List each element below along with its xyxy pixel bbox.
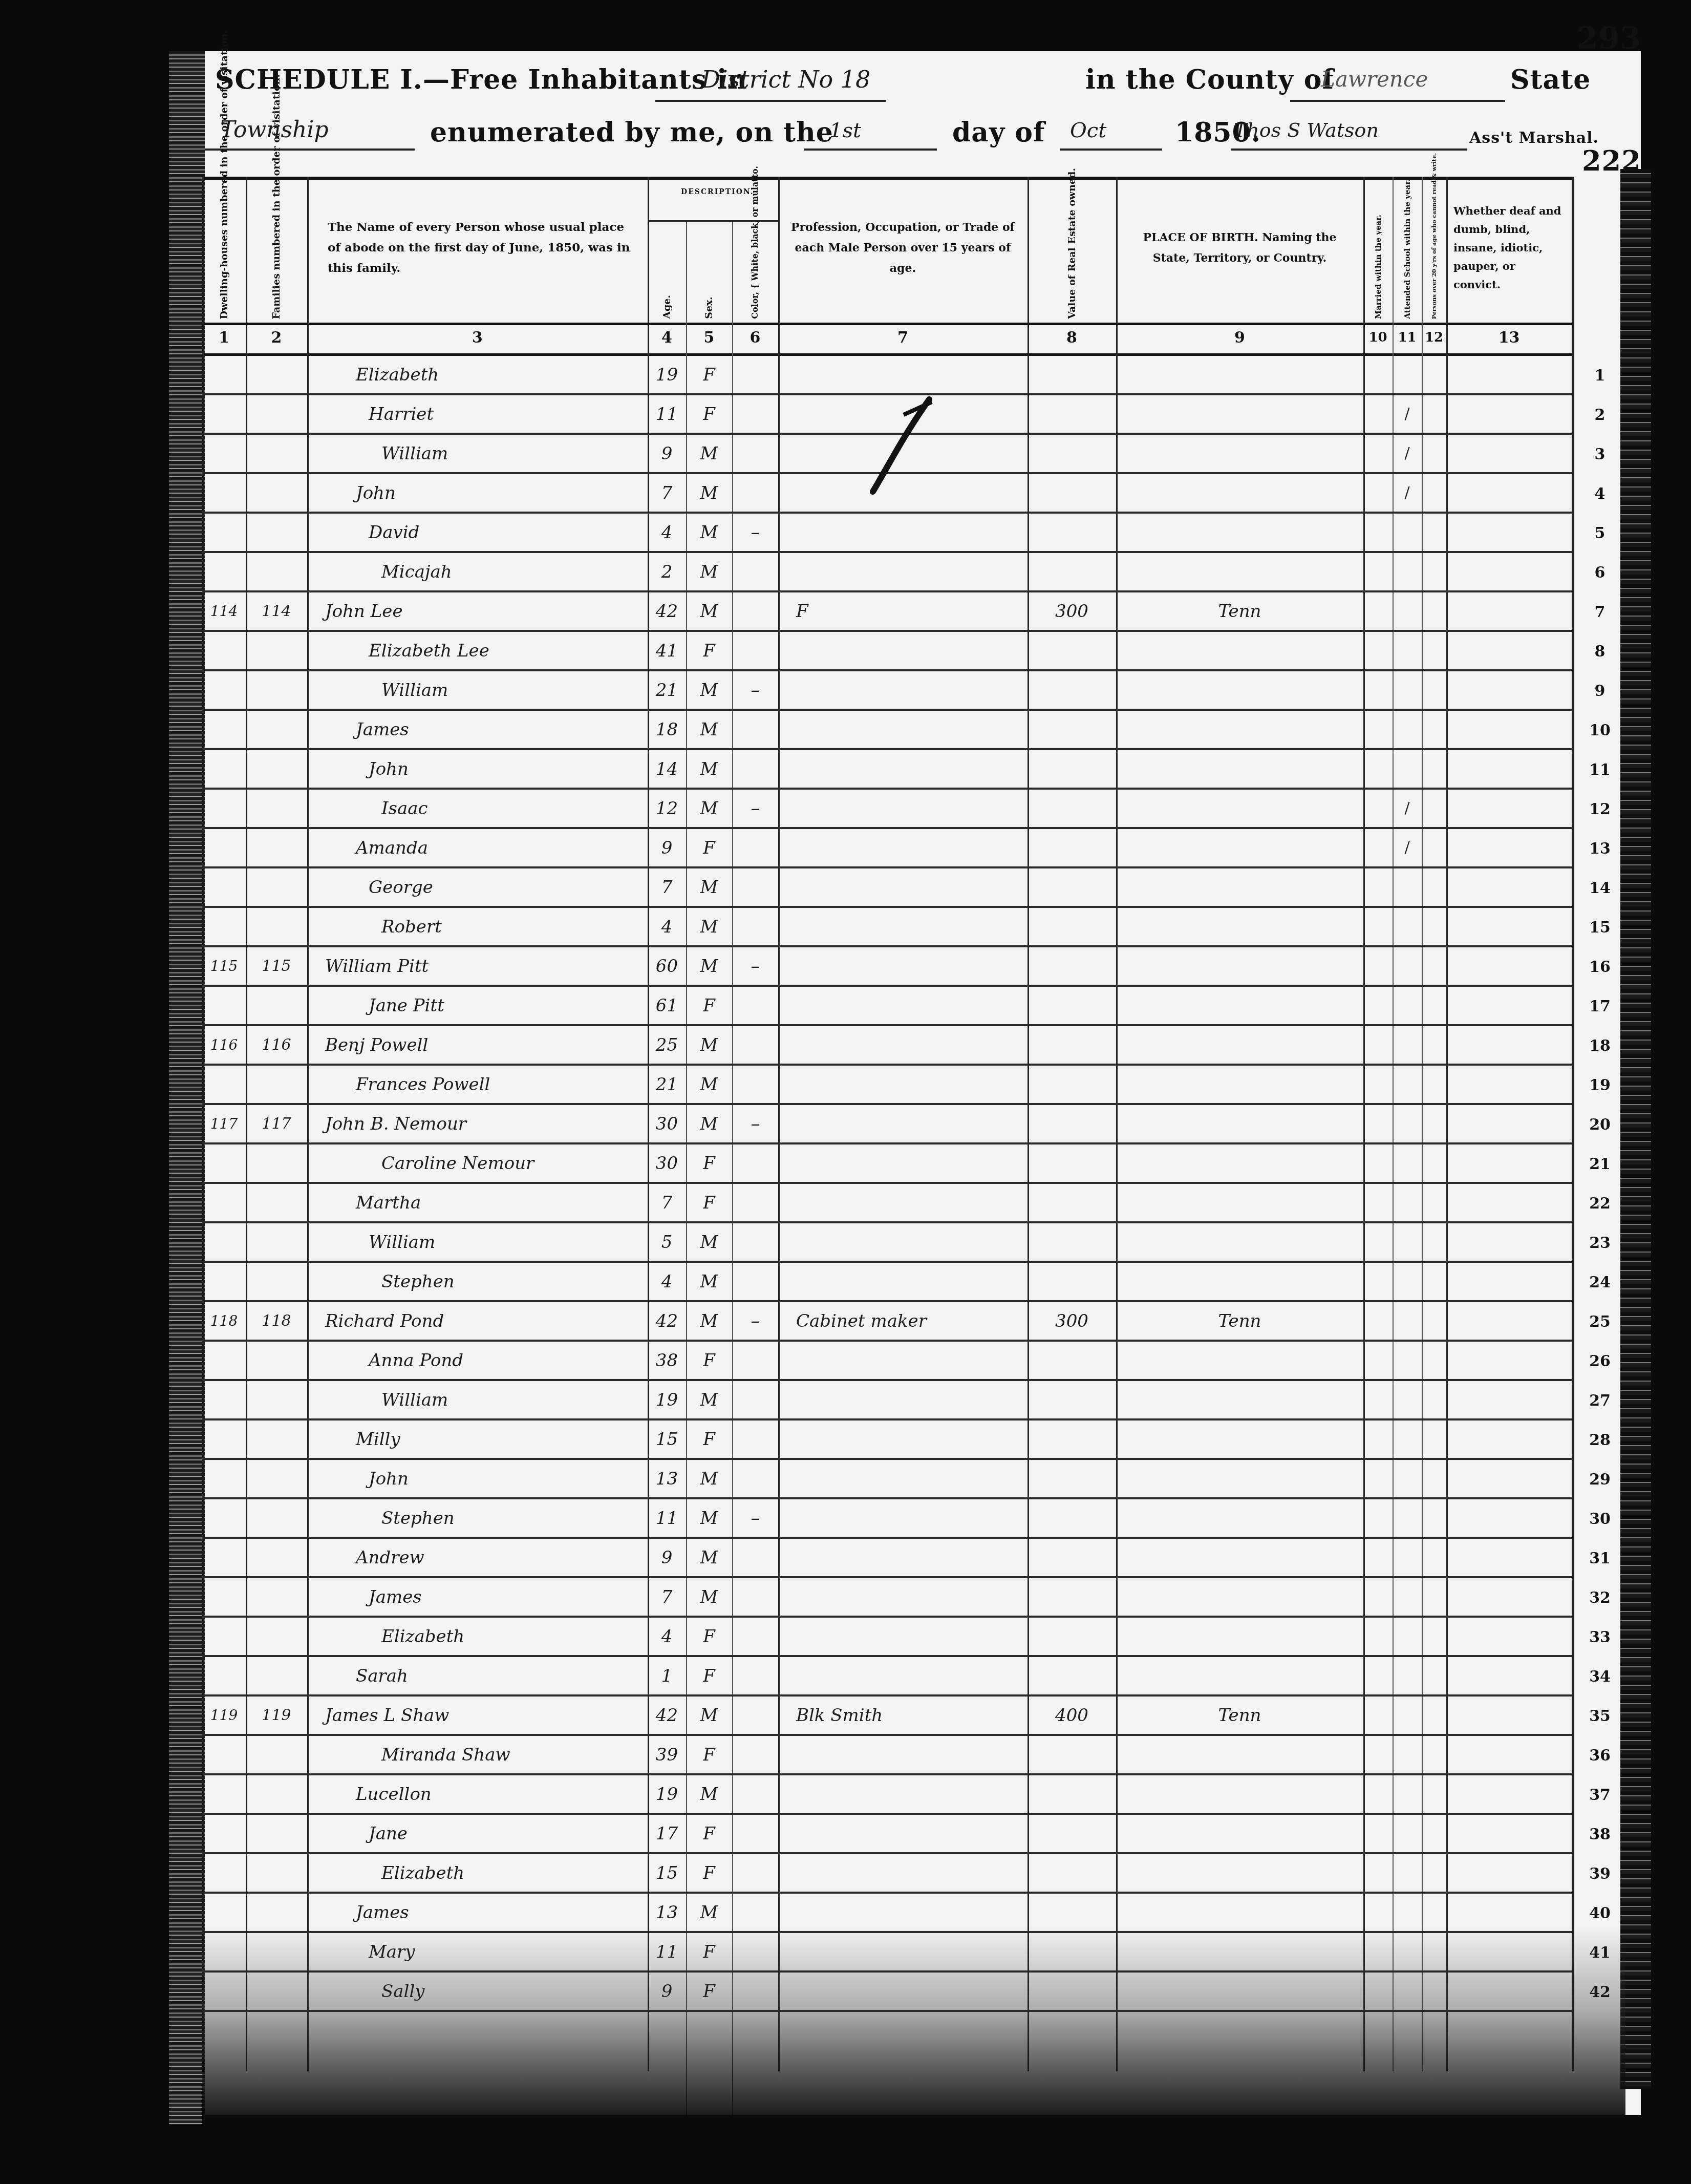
real-estate-value <box>1028 1342 1116 1379</box>
age: 13 <box>648 1894 686 1931</box>
table-row: Anna Pond 38 F 26 <box>202 1342 1572 1381</box>
birthplace <box>1116 1499 1363 1537</box>
sex: F <box>686 987 732 1024</box>
dwelling-number <box>202 435 246 472</box>
real-estate-value <box>1028 1736 1116 1773</box>
line-number: 12 <box>1579 790 1620 829</box>
color <box>732 1933 778 1970</box>
real-estate-value <box>1028 790 1116 827</box>
attended-school <box>1393 1815 1422 1852</box>
family-number <box>246 553 307 590</box>
real-estate-value <box>1028 868 1116 906</box>
attended-school <box>1393 1263 1422 1300</box>
attended-school: / <box>1393 435 1422 472</box>
birthplace <box>1116 1263 1363 1300</box>
birthplace <box>1116 1578 1363 1616</box>
age: 11 <box>648 395 686 433</box>
attended-school <box>1393 868 1422 906</box>
color <box>732 395 778 433</box>
sex: F <box>686 1736 732 1773</box>
birthplace <box>1116 947 1363 985</box>
state-label: State <box>1510 64 1591 95</box>
birthplace <box>1116 1539 1363 1576</box>
real-estate-value <box>1028 1381 1116 1418</box>
family-number <box>246 1539 307 1576</box>
person-name: Jane <box>369 1815 655 1852</box>
district-blank <box>655 100 886 102</box>
family-number <box>246 1775 307 1813</box>
line-number: 40 <box>1579 1894 1620 1933</box>
person-name: William <box>381 671 668 709</box>
real-estate-value <box>1028 632 1116 669</box>
birthplace <box>1116 750 1363 788</box>
township-blank <box>205 149 415 151</box>
sex: M <box>686 1499 732 1537</box>
sex: M <box>686 868 732 906</box>
person-name: Elizabeth <box>356 356 643 393</box>
birthplace <box>1116 1144 1363 1182</box>
real-estate-value <box>1028 514 1116 551</box>
month-value: Oct <box>1070 119 1106 142</box>
header-school: Attended School within the year. <box>1393 177 1422 319</box>
person-name: Martha <box>356 1184 643 1221</box>
occupation <box>796 1894 1021 1931</box>
sex: F <box>686 395 732 433</box>
attended-school <box>1393 592 1422 630</box>
birthplace <box>1116 1618 1363 1655</box>
sex: F <box>686 1973 732 2010</box>
person-name: David <box>369 514 655 551</box>
occupation <box>796 632 1021 669</box>
table-row: Frances Powell 21 M 19 <box>202 1066 1572 1105</box>
colnum-13: 13 <box>1446 322 1572 353</box>
age: 13 <box>648 1460 686 1497</box>
sex: M <box>686 1381 732 1418</box>
dwelling-number <box>202 1539 246 1576</box>
person-name: James L Shaw <box>325 1697 612 1734</box>
sex: M <box>686 790 732 827</box>
age: 9 <box>648 1973 686 2010</box>
occupation <box>796 1105 1021 1142</box>
real-estate-value <box>1028 1775 1116 1813</box>
attended-school <box>1393 1578 1422 1616</box>
color: – <box>732 790 778 827</box>
color <box>732 1144 778 1182</box>
attended-school <box>1393 1223 1422 1261</box>
family-number <box>246 1460 307 1497</box>
attended-school <box>1393 1066 1422 1103</box>
family-number <box>246 671 307 709</box>
family-number <box>246 395 307 433</box>
occupation <box>796 1657 1021 1694</box>
family-number <box>246 1144 307 1182</box>
person-name: William <box>381 1381 668 1418</box>
sex: F <box>686 356 732 393</box>
family-number <box>246 908 307 945</box>
family-number <box>246 1736 307 1773</box>
sex: M <box>686 553 732 590</box>
county-value: Lawrence <box>1321 67 1428 92</box>
occupation <box>796 1381 1021 1418</box>
attended-school: / <box>1393 829 1422 866</box>
age: 25 <box>648 1026 686 1064</box>
header-birthplace: PLACE OF BIRTH. Naming the State, Territ… <box>1116 177 1363 319</box>
sex: M <box>686 474 732 512</box>
birthplace <box>1116 671 1363 709</box>
occupation: Blk Smith <box>796 1697 1021 1734</box>
dwelling-number <box>202 1618 246 1655</box>
dwelling-number <box>202 987 246 1024</box>
table-row: Elizabeth 15 F 39 <box>202 1854 1572 1894</box>
line-number: 8 <box>1579 632 1620 671</box>
colnum-4: 4 <box>648 322 686 353</box>
color <box>732 908 778 945</box>
age: 39 <box>648 1736 686 1773</box>
dwelling-number <box>202 750 246 788</box>
dwelling-number <box>202 1381 246 1418</box>
sex: F <box>686 1854 732 1892</box>
real-estate-value <box>1028 553 1116 590</box>
person-name: Jane Pitt <box>369 987 655 1024</box>
occupation <box>796 711 1021 748</box>
header-family: Families numbered in the order of visita… <box>246 177 307 319</box>
table-row: 117 117 John B. Nemour 30 M – 20 <box>202 1105 1572 1144</box>
family-number: 115 <box>246 947 307 985</box>
colnum-5: 5 <box>686 322 732 353</box>
family-number <box>246 1066 307 1103</box>
occupation <box>796 1815 1021 1852</box>
age: 61 <box>648 987 686 1024</box>
age: 30 <box>648 1144 686 1182</box>
line-number: 41 <box>1579 1933 1620 1973</box>
attended-school <box>1393 1933 1422 1970</box>
age: 18 <box>648 711 686 748</box>
color: – <box>732 947 778 985</box>
attended-school <box>1393 356 1422 393</box>
line-number: 21 <box>1579 1144 1620 1184</box>
family-number <box>246 1223 307 1261</box>
person-name: William Pitt <box>325 947 612 985</box>
table-row: John 14 M 11 <box>202 750 1572 790</box>
dwelling-number <box>202 1499 246 1537</box>
occupation <box>796 790 1021 827</box>
day-of-label: day of <box>952 117 1045 148</box>
month-blank <box>1060 149 1162 151</box>
family-number <box>246 987 307 1024</box>
person-name: Miranda Shaw <box>381 1736 668 1773</box>
birthplace <box>1116 1657 1363 1694</box>
line-number: 30 <box>1579 1499 1620 1539</box>
table-row: 114 114 John Lee 42 M F 300 Tenn 7 <box>202 592 1572 632</box>
table-row: Martha 7 F 22 <box>202 1184 1572 1223</box>
sex: M <box>686 514 732 551</box>
family-number <box>246 750 307 788</box>
line-number: 24 <box>1579 1263 1620 1302</box>
attended-school: / <box>1393 474 1422 512</box>
sex: M <box>686 671 732 709</box>
day-blank <box>804 149 937 151</box>
dwelling-number <box>202 1736 246 1773</box>
table-row: Mary 11 F 41 <box>202 1933 1572 1973</box>
dwelling-number: 118 <box>202 1302 246 1340</box>
occupation <box>796 1854 1021 1892</box>
person-name: Mary <box>369 1933 655 1970</box>
day-value: 1st <box>829 119 861 142</box>
color <box>732 1223 778 1261</box>
real-estate-value <box>1028 829 1116 866</box>
dwelling-number <box>202 1973 246 2010</box>
birthplace <box>1116 435 1363 472</box>
occupation: F <box>796 592 1021 630</box>
occupation <box>796 829 1021 866</box>
color <box>732 1697 778 1734</box>
family-number <box>246 632 307 669</box>
real-estate-value <box>1028 1499 1116 1537</box>
color <box>732 1775 778 1813</box>
color <box>732 1066 778 1103</box>
family-number: 119 <box>246 1697 307 1734</box>
line-number: 17 <box>1579 987 1620 1026</box>
real-estate-value <box>1028 1657 1116 1694</box>
line-number: 5 <box>1579 514 1620 553</box>
birthplace <box>1116 474 1363 512</box>
occupation <box>796 1973 1021 2010</box>
family-number <box>246 1578 307 1616</box>
age: 19 <box>648 1381 686 1418</box>
attended-school <box>1393 632 1422 669</box>
dwelling-number <box>202 790 246 827</box>
color <box>732 868 778 906</box>
table-row: William 5 M 23 <box>202 1223 1572 1263</box>
table-row: Elizabeth Lee 41 F 8 <box>202 632 1572 671</box>
real-estate-value <box>1028 1894 1116 1931</box>
attended-school <box>1393 514 1422 551</box>
line-number: 3 <box>1579 435 1620 474</box>
table-row: George 7 M 14 <box>202 868 1572 908</box>
color: – <box>732 514 778 551</box>
occupation <box>796 1223 1021 1261</box>
real-estate-value <box>1028 1223 1116 1261</box>
sex: F <box>686 1144 732 1182</box>
person-name: John <box>369 750 655 788</box>
dwelling-number <box>202 671 246 709</box>
family-number <box>246 514 307 551</box>
line-number: 19 <box>1579 1066 1620 1105</box>
person-name: Elizabeth <box>381 1618 668 1655</box>
person-name: William <box>369 1223 655 1261</box>
line-number: 18 <box>1579 1026 1620 1066</box>
family-number <box>246 356 307 393</box>
real-estate-value <box>1028 1460 1116 1497</box>
birthplace <box>1116 514 1363 551</box>
attended-school <box>1393 1342 1422 1379</box>
table-row: Sally 9 F 42 <box>202 1973 1572 2012</box>
age: 7 <box>648 1578 686 1616</box>
sex: F <box>686 1342 732 1379</box>
dwelling-number <box>202 1460 246 1497</box>
real-estate-value <box>1028 987 1116 1024</box>
attended-school <box>1393 1775 1422 1813</box>
line-number: 36 <box>1579 1736 1620 1775</box>
line-number: 27 <box>1579 1381 1620 1420</box>
attended-school <box>1393 987 1422 1024</box>
person-name: Frances Powell <box>356 1066 643 1103</box>
color <box>732 750 778 788</box>
table-row: Isaac 12 M – / 12 <box>202 790 1572 829</box>
attended-school <box>1393 1144 1422 1182</box>
dwelling-number <box>202 514 246 551</box>
birthplace <box>1116 1105 1363 1142</box>
sex: M <box>686 1066 732 1103</box>
birthplace <box>1116 1933 1363 1970</box>
attended-school <box>1393 671 1422 709</box>
family-number <box>246 829 307 866</box>
birthplace <box>1116 356 1363 393</box>
occupation <box>796 868 1021 906</box>
age: 42 <box>648 592 686 630</box>
sex: M <box>686 1539 732 1576</box>
birthplace <box>1116 1026 1363 1064</box>
dwelling-number: 119 <box>202 1697 246 1734</box>
family-number <box>246 1618 307 1655</box>
color <box>732 1894 778 1931</box>
sex: F <box>686 632 732 669</box>
line-number: 35 <box>1579 1697 1620 1736</box>
color <box>732 1618 778 1655</box>
color <box>732 1381 778 1418</box>
sex: F <box>686 1815 732 1852</box>
family-number <box>246 1263 307 1300</box>
real-estate-value <box>1028 1854 1116 1892</box>
real-estate-value <box>1028 1026 1116 1064</box>
sex: M <box>686 908 732 945</box>
header-color: Color, { White, black, or mulatto. <box>732 177 778 319</box>
occupation <box>796 1026 1021 1064</box>
line-number: 29 <box>1579 1460 1620 1499</box>
occupation <box>796 1066 1021 1103</box>
color <box>732 1026 778 1064</box>
color <box>732 1815 778 1852</box>
header-occupation: Profession, Occupation, or Trade of each… <box>778 177 1028 319</box>
table-row: John 13 M 29 <box>202 1460 1572 1499</box>
attended-school <box>1393 1539 1422 1576</box>
family-number <box>246 1894 307 1931</box>
family-number <box>246 435 307 472</box>
schedule-title: SCHEDULE I.—Free Inhabitants in <box>215 64 747 95</box>
age: 9 <box>648 1539 686 1576</box>
color: – <box>732 1105 778 1142</box>
table-row: Robert 4 M 15 <box>202 908 1572 947</box>
person-name: Elizabeth Lee <box>369 632 655 669</box>
color <box>732 1342 778 1379</box>
color <box>732 1263 778 1300</box>
person-name: James <box>356 711 643 748</box>
colnum-6: 6 <box>732 322 778 353</box>
colnum-9: 9 <box>1116 322 1363 353</box>
person-name: Richard Pond <box>325 1302 612 1340</box>
dwelling-number: 115 <box>202 947 246 985</box>
age: 4 <box>648 908 686 945</box>
family-number: 116 <box>246 1026 307 1064</box>
age: 60 <box>648 947 686 985</box>
real-estate-value <box>1028 1933 1116 1970</box>
dwelling-number: 116 <box>202 1026 246 1064</box>
table-row: Jane Pitt 61 F 17 <box>202 987 1572 1026</box>
real-estate-value <box>1028 1815 1116 1852</box>
header-dwelling: Dwelling-houses numbered in the order of… <box>202 177 246 319</box>
birthplace <box>1116 1066 1363 1103</box>
color <box>732 553 778 590</box>
real-estate-value: 300 <box>1028 592 1116 630</box>
dwelling-number <box>202 1223 246 1261</box>
occupation <box>796 1618 1021 1655</box>
age: 7 <box>648 868 686 906</box>
age: 12 <box>648 790 686 827</box>
color: – <box>732 1302 778 1340</box>
dwelling-number: 114 <box>202 592 246 630</box>
occupation <box>796 1263 1021 1300</box>
attended-school <box>1393 750 1422 788</box>
age: 21 <box>648 671 686 709</box>
age: 21 <box>648 1066 686 1103</box>
sex: M <box>686 1263 732 1300</box>
occupation <box>796 1933 1021 1970</box>
header-age: Age. <box>648 177 686 319</box>
table-row: 118 118 Richard Pond 42 M – Cabinet make… <box>202 1302 1572 1342</box>
age: 19 <box>648 356 686 393</box>
color <box>732 1578 778 1616</box>
color <box>732 1184 778 1221</box>
dwelling-number <box>202 711 246 748</box>
header-name: The Name of every Person whose usual pla… <box>307 177 648 319</box>
family-number <box>246 1854 307 1892</box>
line-number: 7 <box>1579 592 1620 632</box>
table-row: Micajah 2 M 6 <box>202 553 1572 592</box>
real-estate-value <box>1028 356 1116 393</box>
sex: M <box>686 947 732 985</box>
age: 7 <box>648 474 686 512</box>
birthplace <box>1116 711 1363 748</box>
person-name: Isaac <box>381 790 668 827</box>
sex: M <box>686 435 732 472</box>
person-name: Lucellon <box>356 1775 643 1813</box>
person-name: John <box>356 474 643 512</box>
real-estate-value <box>1028 1144 1116 1182</box>
real-estate-value <box>1028 671 1116 709</box>
line-number: 39 <box>1579 1854 1620 1894</box>
person-name: Stephen <box>381 1263 668 1300</box>
table-row: Stephen 4 M 24 <box>202 1263 1572 1302</box>
dwelling-number <box>202 1184 246 1221</box>
attended-school <box>1393 1894 1422 1931</box>
color <box>732 1736 778 1773</box>
table-row: William 21 M – 9 <box>202 671 1572 711</box>
person-name: John B. Nemour <box>325 1105 612 1142</box>
age: 4 <box>648 1263 686 1300</box>
dwelling-number <box>202 1263 246 1300</box>
header-illiterate: Persons over 20 y'rs of age who cannot r… <box>1422 177 1446 319</box>
line-number: 42 <box>1579 1973 1620 2012</box>
sex: M <box>686 1578 732 1616</box>
marshal-label: Ass't Marshal. <box>1469 129 1599 147</box>
occupation <box>796 1736 1021 1773</box>
header-real-estate: Value of Real Estate owned. <box>1028 177 1116 319</box>
real-estate-value <box>1028 1578 1116 1616</box>
colnum-3: 3 <box>307 322 648 353</box>
birthplace <box>1116 1460 1363 1497</box>
real-estate-value <box>1028 1184 1116 1221</box>
person-name: James <box>356 1894 643 1931</box>
